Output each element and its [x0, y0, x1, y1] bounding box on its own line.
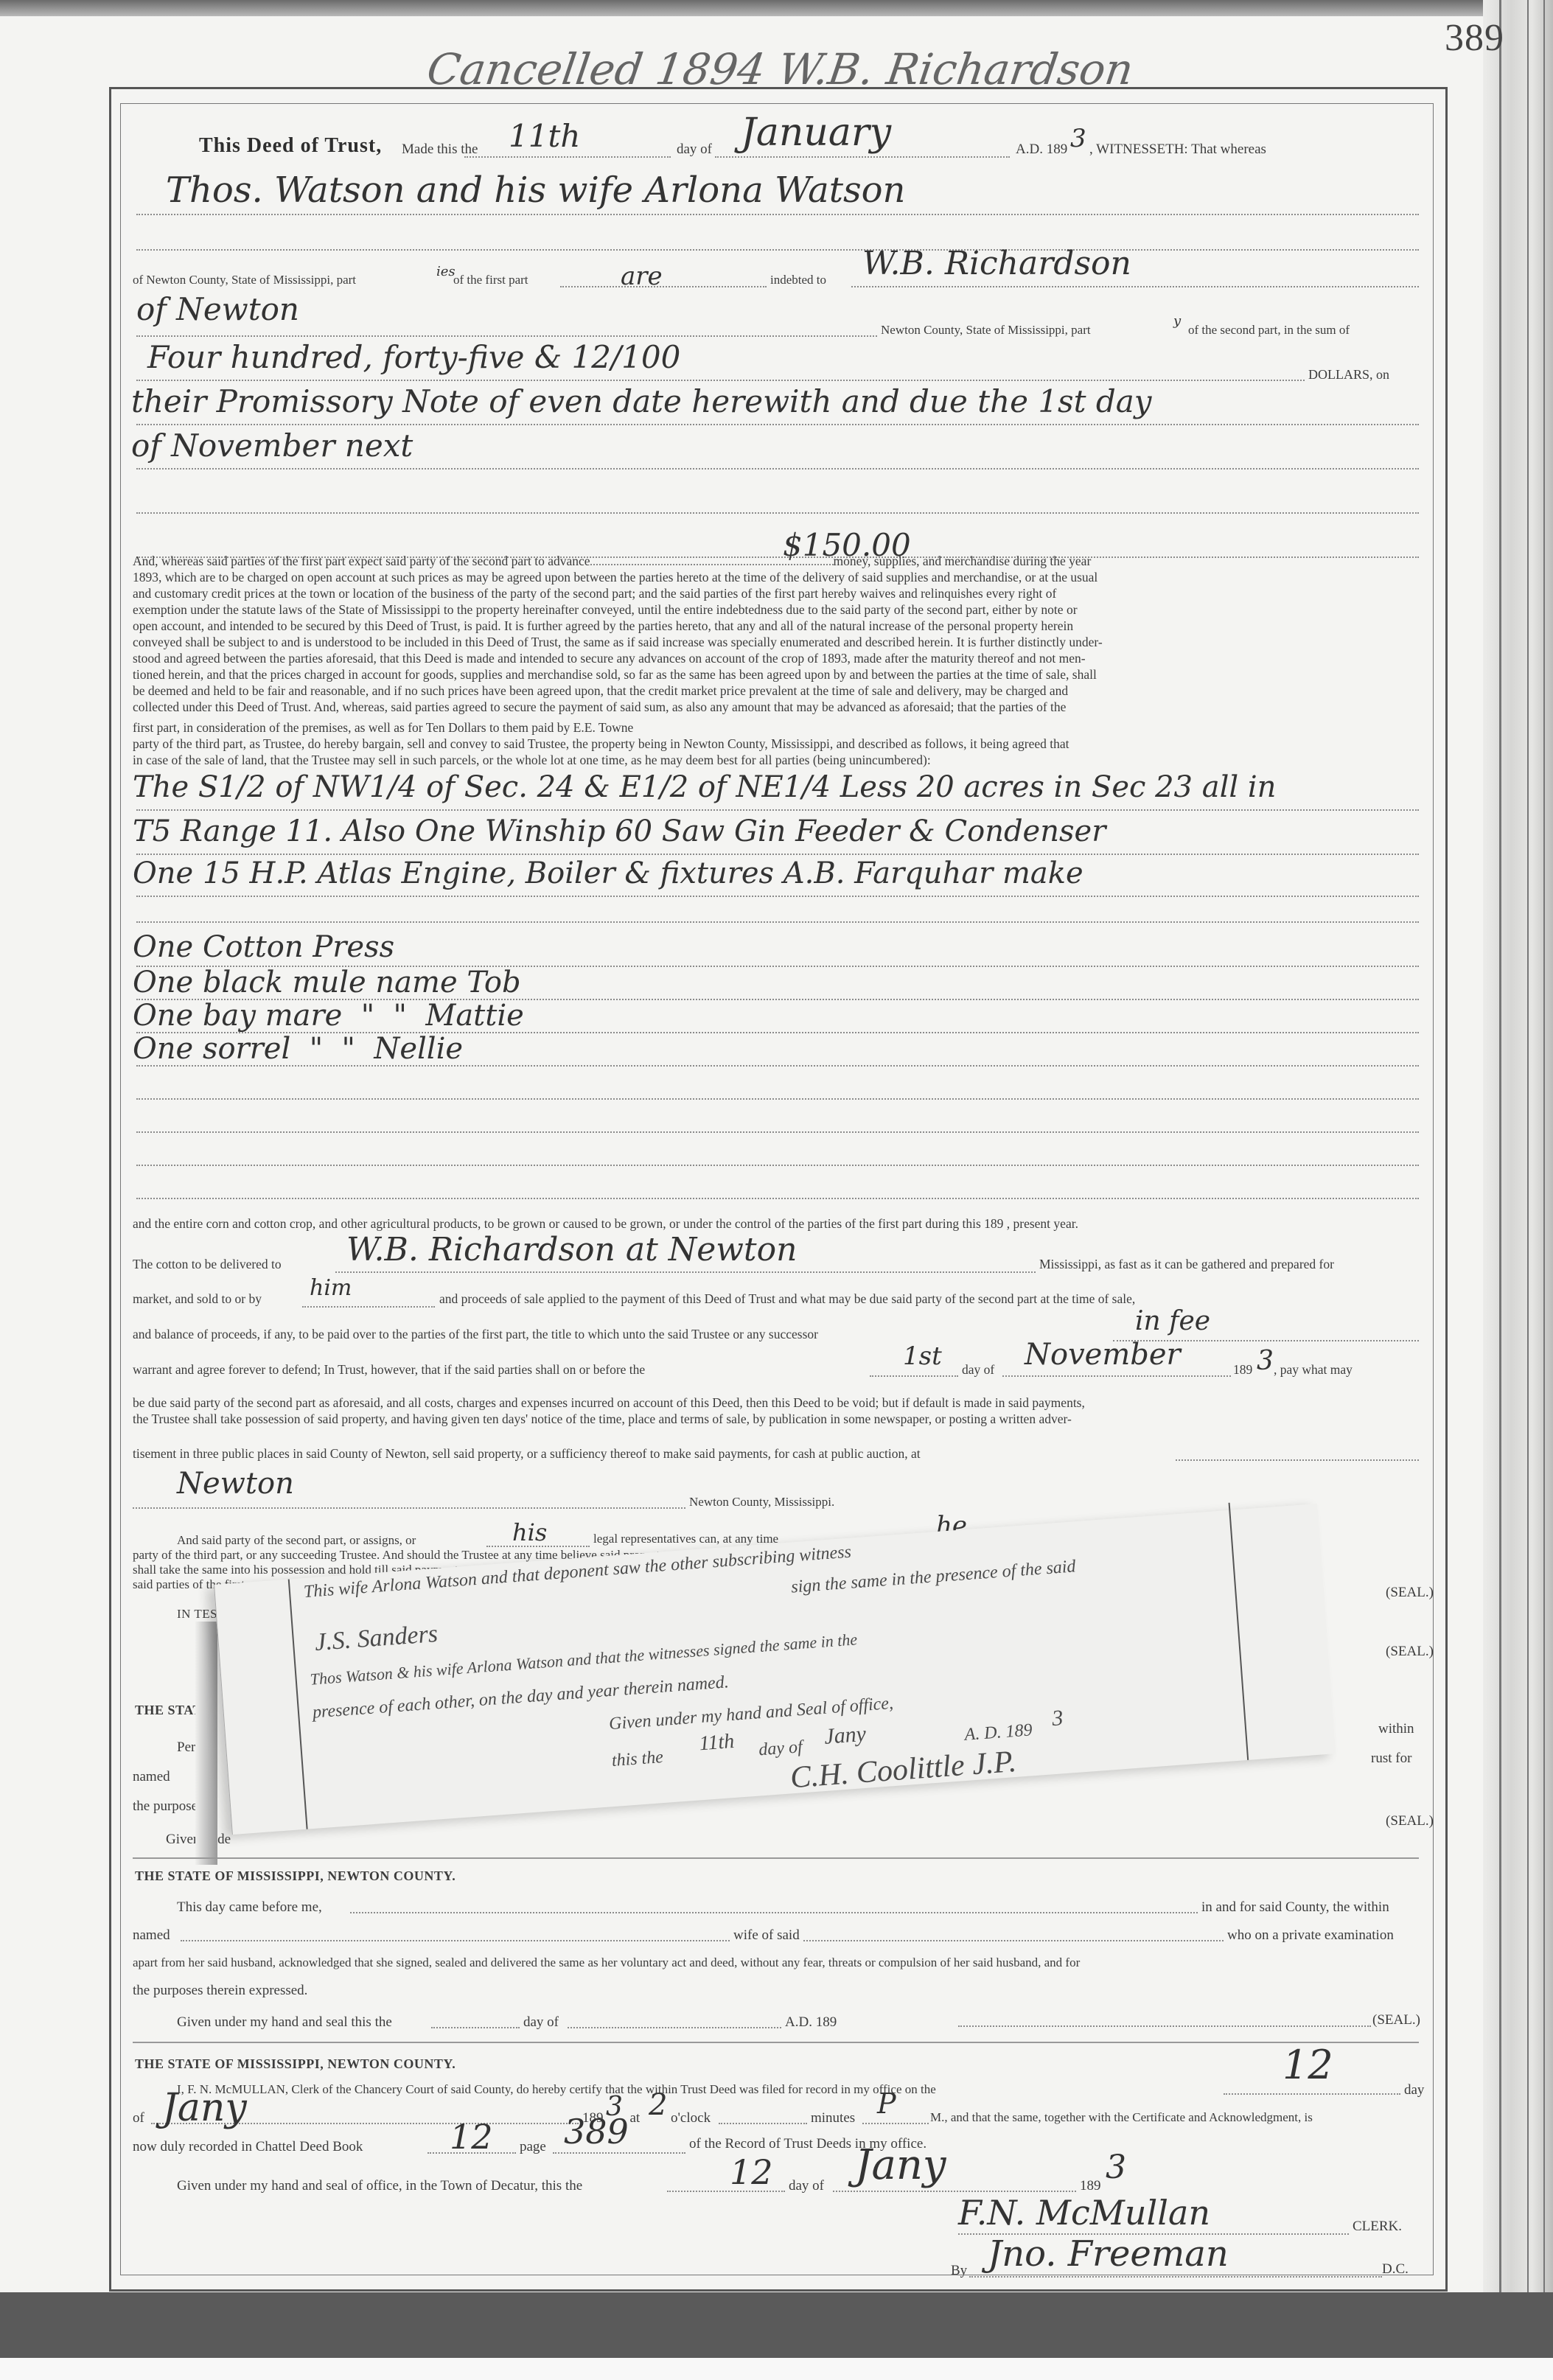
- year-suffix: 3: [1070, 124, 1086, 153]
- mississippi-text: Mississippi, as fast as it can be gather…: [1039, 1257, 1334, 1272]
- slip-day-of: day of: [758, 1737, 803, 1760]
- property-line-6: One bay mare " " Mattie: [133, 999, 524, 1033]
- ad-label: A.D. 189: [1016, 142, 1067, 158]
- party-suffix: ies: [436, 264, 456, 279]
- obscured-right-within: within: [1378, 1721, 1414, 1737]
- wife-ack-heading: THE STATE OF MISSISSIPPI, NEWTON COUNTY.: [135, 1868, 456, 1884]
- seal-label-3: (SEAL.): [1386, 1813, 1434, 1829]
- wife-ack-given: Given under my hand and seal this the: [177, 2014, 392, 2031]
- due-month-value: November: [1025, 1338, 1181, 1372]
- deputy-clerk-signature: Jno. Freeman: [988, 2233, 1229, 2275]
- delivered-to-label: The cotton to be delivered to: [133, 1257, 282, 1272]
- wife-ack-day-of: day of: [523, 2014, 559, 2031]
- grantors-names: Thos. Watson and his wife Arlona Watson: [166, 170, 905, 211]
- property-line-7: One sorrel " " Nellie: [133, 1032, 463, 1066]
- wife-ack-purposes: the purposes therein expressed.: [133, 1983, 307, 1999]
- due-said-party-text: be due said party of the second part as …: [133, 1395, 1085, 1411]
- wife-ack-wife-of: wife of said: [733, 1927, 800, 1944]
- minutes-label: minutes: [811, 2110, 855, 2126]
- given-month-value: Jany: [855, 2141, 946, 2189]
- given-year-value: 3: [1106, 2149, 1126, 2186]
- property-line-3: One 15 H.P. Atlas Engine, Boiler & fixtu…: [133, 856, 1083, 890]
- slip-this-the: this the: [611, 1748, 664, 1771]
- filed-month-value: Jany: [162, 2086, 247, 2130]
- given-day-value: 12: [730, 2152, 773, 2192]
- recorded-in-label: now duly recorded in Chattel Deed Book: [133, 2139, 363, 2155]
- wife-ack-private-exam: who on a private examination: [1227, 1927, 1394, 1944]
- property-line-5: One black mule name Tob: [133, 966, 521, 999]
- deed-title: This Deed of Trust,: [199, 134, 382, 158]
- oclock-label: o'clock: [671, 2110, 711, 2126]
- crop-line-1: and the entire corn and cotton crop, and…: [133, 1216, 1078, 1232]
- advance-paragraph: And, whereas said parties of the first p…: [133, 553, 1419, 768]
- warrant-text: warrant and agree forever to defend; In …: [133, 1362, 645, 1378]
- filed-day-label: day: [1404, 2082, 1424, 2098]
- month-value: January: [741, 111, 891, 155]
- due-day-of-label: day of: [962, 1362, 994, 1378]
- successor-value: in fee: [1135, 1306, 1210, 1336]
- wife-ack-apart-text: apart from her said husband, acknowledge…: [133, 1955, 1080, 1970]
- sold-by-label: market, and sold to or by: [133, 1291, 262, 1307]
- meridiem-value: P: [877, 2087, 896, 2120]
- wife-ack-ad: A.D. 189: [785, 2014, 837, 2031]
- creditor-county-text: Newton County, State of Mississippi, par…: [881, 323, 1091, 338]
- second-part-label: of the second part, in the sum of: [1188, 323, 1350, 338]
- clerk-cert-line-1: I, F. N. McMULLAN, Clerk of the Chancery…: [177, 2082, 936, 2097]
- page-number: 389: [1445, 16, 1504, 60]
- day-of-label: day of: [677, 142, 712, 158]
- slip-month-value: Jany: [823, 1722, 867, 1750]
- delivered-to-value: W.B. Richardson at Newton: [346, 1231, 797, 1268]
- proceeds-text: and proceeds of sale applied to the paym…: [439, 1291, 1135, 1307]
- sum-written: Four hundred, forty-five & 12/100: [147, 339, 680, 375]
- auction-place-value: Newton: [177, 1467, 294, 1501]
- clerk-cert-heading: THE STATE OF MISSISSIPPI, NEWTON COUNTY.: [135, 2056, 456, 2072]
- balance-text: and balance of proceeds, if any, to be p…: [133, 1327, 818, 1342]
- recorded-page-value: 389: [564, 2112, 629, 2152]
- note-terms-line-2: of November next: [131, 428, 413, 464]
- seal-label-1: (SEAL.): [1386, 1585, 1434, 1601]
- wife-ack-county-within: in and for said County, the within: [1201, 1899, 1389, 1916]
- clerk-signature: F.N. McMullan: [958, 2193, 1210, 2233]
- given-year-label: 189: [1080, 2178, 1101, 2194]
- obscured-line-2: named: [133, 1769, 170, 1785]
- book-spine-edge: [1483, 0, 1553, 2380]
- by-label: By: [951, 2263, 967, 2279]
- tisement-text: tisement in three public places in said …: [133, 1446, 921, 1462]
- day-value: 11th: [509, 118, 580, 154]
- wife-ack-seal: (SEAL.): [1372, 2012, 1420, 2028]
- note-terms-line-1: their Promissory Note of even date herew…: [131, 383, 1151, 419]
- obscured-heading: THE STAT: [135, 1703, 202, 1718]
- slip-shadow: [195, 1622, 217, 1865]
- indebted-to-label: indebted to: [770, 273, 826, 287]
- dollars-label: DOLLARS, on: [1308, 367, 1389, 383]
- given-day-of-label: day of: [789, 2178, 824, 2194]
- slip-ad-label: A. D. 189: [964, 1720, 1033, 1745]
- wife-ack-named: named: [133, 1927, 170, 1944]
- sold-by-value: him: [310, 1275, 352, 1301]
- filed-of-label: of: [133, 2110, 144, 2126]
- due-year-prefix: 189: [1233, 1362, 1252, 1378]
- auction-county-text: Newton County, Mississippi.: [689, 1495, 834, 1510]
- slip-day-value: 11th: [698, 1730, 735, 1756]
- due-day-value: 1st: [903, 1341, 942, 1371]
- trustee-possession-text: the Trustee shall take possession of sai…: [133, 1411, 1072, 1427]
- clerk-cert-line-2: M., and that the same, together with the…: [930, 2110, 1313, 2125]
- assigns-value: his: [512, 1518, 547, 1546]
- filed-hour-value: 2: [649, 2088, 667, 2122]
- filed-day-value: 12: [1282, 2042, 1333, 2088]
- scan-top-edge: [0, 0, 1553, 16]
- slip-year-value: 3: [1051, 1706, 1064, 1731]
- legal-representatives-text: legal representatives can, at any time: [593, 1532, 778, 1546]
- creditor-of-location: of Newton: [136, 291, 299, 327]
- first-part-label: of the first part: [453, 273, 528, 287]
- obscured-right-rust-for: rust for: [1371, 1751, 1411, 1767]
- page-label: page: [520, 2139, 546, 2155]
- seal-label-2: (SEAL.): [1386, 1644, 1434, 1660]
- pay-what-may-text: , pay what may: [1274, 1362, 1353, 1378]
- book-value: 12: [450, 2117, 493, 2157]
- clerk-given-text: Given under my hand and seal of office, …: [177, 2178, 582, 2194]
- deputy-clerk-label: D.C.: [1382, 2261, 1409, 2278]
- wife-ack-came-before: This day came before me,: [177, 1899, 322, 1916]
- clerk-label: CLERK.: [1353, 2219, 1402, 2235]
- county-prefix: of Newton County, State of Mississippi, …: [133, 273, 356, 287]
- made-this-label: Made this the: [402, 142, 478, 158]
- property-line-4: One Cotton Press: [133, 930, 394, 964]
- property-line-1: The S1/2 of NW1/4 of Sec. 24 & E1/2 of N…: [133, 770, 1276, 804]
- scan-bottom-edge: [0, 2292, 1553, 2380]
- witnesseth-label: , WITNESSETH: That whereas: [1089, 142, 1266, 158]
- property-line-2: T5 Range 11. Also One Winship 60 Saw Gin…: [133, 814, 1106, 848]
- due-year-value: 3: [1257, 1346, 1274, 1376]
- second-party-suffix: y: [1173, 313, 1181, 329]
- are-value: are: [621, 262, 663, 291]
- assigns-label: And said party of the second part, or as…: [177, 1533, 416, 1548]
- slip-witness-signature: J.S. Sanders: [314, 1620, 439, 1657]
- creditor-name: W.B. Richardson: [862, 245, 1131, 282]
